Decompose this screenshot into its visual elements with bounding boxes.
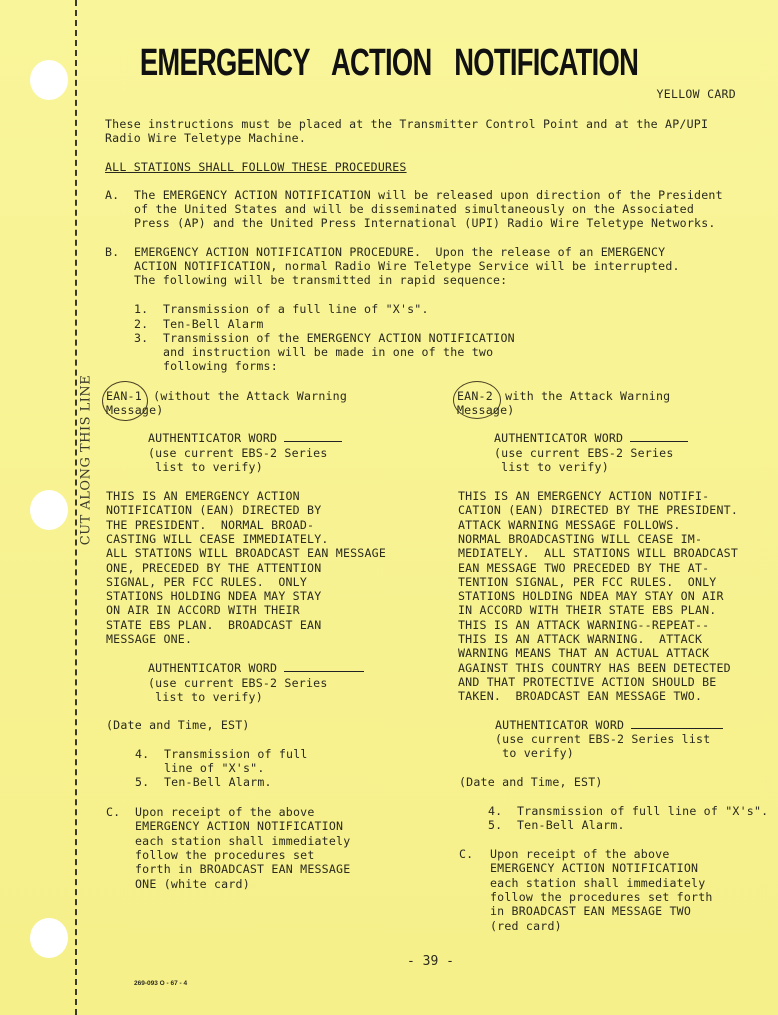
step-text: Ten-Bell Alarm. bbox=[164, 775, 272, 789]
ean2-message-line: MEDIATELY. ALL STATIONS WILL BROADCAST bbox=[458, 546, 738, 560]
ean2-section-c-marker: C. bbox=[459, 847, 473, 861]
ean2-auth2-note: (use current EBS-2 Series list bbox=[495, 732, 710, 746]
ean1-auth2-note: list to verify) bbox=[148, 690, 263, 704]
step-number: 4. bbox=[488, 804, 502, 818]
ean2-message-line: AGAINST THIS COUNTRY HAS BEEN DETECTED bbox=[458, 661, 731, 675]
ean1-section-c-line: follow the procedures set bbox=[135, 848, 315, 862]
auth-word-blank bbox=[284, 431, 342, 442]
ean1-message-line: THIS IS AN EMERGENCY ACTION bbox=[106, 489, 300, 503]
ean2-date-time: (Date and Time, EST) bbox=[459, 775, 603, 789]
ean2-message-line: THIS IS AN ATTACK WARNING. ATTACK bbox=[458, 632, 702, 646]
ean2-message-line: ATTACK WARNING MESSAGE FOLLOWS. bbox=[458, 518, 681, 532]
ean2-message-line: WARNING MEANS THAT AN ACTUAL ATTACK bbox=[458, 646, 709, 660]
ean2-section-c-line: EMERGENCY ACTION NOTIFICATION bbox=[490, 861, 698, 875]
ean2-message-line: EAN MESSAGE TWO PRECEDED BY THE AT- bbox=[458, 561, 709, 575]
print-code: 269-093 O - 67 - 4 bbox=[134, 980, 187, 987]
ean2-message-line: CATION (EAN) DIRECTED BY THE PRESIDENT. bbox=[458, 503, 738, 517]
ean2-message-line: AND THAT PROTECTIVE ACTION SHOULD BE bbox=[458, 675, 716, 689]
ean1-auth-note: (use current EBS-2 Series bbox=[148, 446, 328, 460]
auth-word-label: AUTHENTICATOR WORD bbox=[148, 431, 277, 445]
card-label: YELLOW CARD bbox=[657, 87, 736, 101]
ean2-auth2-label: AUTHENTICATOR WORD bbox=[495, 718, 723, 732]
ean2-message-line: TAKEN. BROADCAST EAN MESSAGE TWO. bbox=[458, 689, 702, 703]
auth-word-blank bbox=[284, 661, 364, 672]
ean2-message-line: NORMAL BROADCASTING WILL CEASE IM- bbox=[458, 532, 702, 546]
step-text: Transmission of full line of "X's". bbox=[517, 804, 768, 818]
ean1-section-c-marker: C. bbox=[106, 805, 120, 819]
ean2-auth-note: list to verify) bbox=[494, 460, 609, 474]
cut-line-label: CUT ALONG THIS LINE bbox=[79, 375, 94, 546]
section-a-line: The EMERGENCY ACTION NOTIFICATION will b… bbox=[134, 188, 723, 202]
auth-word-label: AUTHENTICATOR WORD bbox=[148, 661, 277, 675]
step-text: and instruction will be made in one of t… bbox=[163, 345, 493, 359]
ean2-message-line: THIS IS AN EMERGENCY ACTION NOTIFI- bbox=[458, 489, 709, 503]
punch-hole bbox=[30, 490, 68, 530]
page-number: - 39 - bbox=[407, 954, 454, 969]
auth-word-label: AUTHENTICATOR WORD bbox=[495, 718, 624, 732]
ean2-tag: EAN-2 bbox=[457, 389, 493, 403]
step-number: 4. bbox=[135, 747, 149, 761]
ean1-message-line: ALL STATIONS WILL BROADCAST EAN MESSAGE bbox=[106, 546, 386, 560]
ean1-message-line: SIGNAL, PER FCC RULES. ONLY bbox=[106, 575, 307, 589]
ean2-message-line: THIS IS AN ATTACK WARNING--REPEAT-- bbox=[458, 618, 709, 632]
ean2-section-c-line: Upon receipt of the above bbox=[490, 847, 670, 861]
auth-word-blank bbox=[631, 718, 723, 729]
step-number: 1. bbox=[134, 302, 148, 316]
punch-hole bbox=[30, 60, 68, 100]
ean2-message-line: STATIONS HOLDING NDEA MAY STAY ON AIR bbox=[458, 589, 724, 603]
ean2-section-c-line: (red card) bbox=[490, 919, 562, 933]
section-b-line: ACTION NOTIFICATION, normal Radio Wire T… bbox=[134, 259, 680, 273]
step-text: Transmission of the EMERGENCY ACTION NOT… bbox=[163, 331, 515, 345]
ean1-heading: (without the Attack Warning bbox=[146, 389, 347, 403]
ean2-auth-label: AUTHENTICATOR WORD bbox=[494, 431, 688, 445]
procedures-heading: ALL STATIONS SHALL FOLLOW THESE PROCEDUR… bbox=[105, 160, 407, 174]
ean1-message-line: STATE EBS PLAN. BROADCAST EAN bbox=[106, 618, 321, 632]
auth-word-blank bbox=[630, 431, 688, 442]
intro-line: These instructions must be placed at the… bbox=[105, 117, 708, 131]
auth-word-label: AUTHENTICATOR WORD bbox=[494, 431, 623, 445]
step-number: 5. bbox=[135, 775, 149, 789]
ean1-auth-note: list to verify) bbox=[148, 460, 263, 474]
step-text: Transmission of a full line of "X's". bbox=[163, 302, 429, 316]
ean1-auth2-label: AUTHENTICATOR WORD bbox=[148, 661, 364, 675]
section-b-line: The following will be transmitted in rap… bbox=[134, 273, 507, 287]
ean1-message-line: THE PRESIDENT. NORMAL BROAD- bbox=[106, 518, 314, 532]
step-number: 2. bbox=[134, 317, 148, 331]
ean2-auth2-note: to verify) bbox=[495, 746, 574, 760]
step-text: following forms: bbox=[163, 359, 278, 373]
intro-line: Radio Wire Teletype Machine. bbox=[105, 131, 306, 145]
section-a-marker: A. bbox=[105, 188, 119, 202]
step-number: 5. bbox=[488, 818, 502, 832]
ean2-message-line: IN ACCORD WITH THEIR STATE EBS PLAN. bbox=[458, 603, 716, 617]
ean1-message-line: ON AIR IN ACCORD WITH THEIR bbox=[106, 603, 300, 617]
ean1-section-c-line: Upon receipt of the above bbox=[135, 805, 315, 819]
ean1-auth-label: AUTHENTICATOR WORD bbox=[148, 431, 342, 445]
ean2-section-c-line: follow the procedures set forth bbox=[490, 890, 713, 904]
document-title: EMERGENCY ACTION NOTIFICATION bbox=[109, 42, 669, 85]
ean1-tag: EAN-1 bbox=[106, 389, 142, 403]
step-text: Ten-Bell Alarm. bbox=[517, 818, 625, 832]
step-number: 3. bbox=[134, 331, 148, 345]
ean1-section-c-line: ONE (white card) bbox=[135, 877, 250, 891]
step-text: Transmission of full bbox=[164, 747, 308, 761]
ean2-section-c-line: in BROADCAST EAN MESSAGE TWO bbox=[490, 904, 691, 918]
section-a-line: of the United States and will be dissemi… bbox=[134, 202, 694, 216]
ean2-section-c-line: each station shall immediately bbox=[490, 876, 705, 890]
step-text: Ten-Bell Alarm bbox=[163, 317, 264, 331]
section-b-line: EMERGENCY ACTION NOTIFICATION PROCEDURE.… bbox=[134, 245, 665, 259]
ean1-message-line: ONE, PRECEDED BY THE ATTENTION bbox=[106, 561, 321, 575]
ean1-heading: Message) bbox=[106, 403, 163, 417]
ean1-section-c-line: each station shall immediately bbox=[135, 834, 350, 848]
cut-line bbox=[75, 0, 77, 1015]
ean2-auth-note: (use current EBS-2 Series bbox=[494, 446, 674, 460]
ean1-message-line: STATIONS HOLDING NDEA MAY STAY bbox=[106, 589, 321, 603]
ean1-section-c-line: forth in BROADCAST EAN MESSAGE bbox=[135, 862, 350, 876]
ean1-message-line: MESSAGE ONE. bbox=[106, 632, 192, 646]
ean1-section-c-line: EMERGENCY ACTION NOTIFICATION bbox=[135, 819, 343, 833]
step-text: line of "X's". bbox=[164, 761, 265, 775]
ean1-message-line: CASTING WILL CEASE IMMEDIATELY. bbox=[106, 532, 329, 546]
ean2-message-line: TENTION SIGNAL, PER FCC RULES. ONLY bbox=[458, 575, 716, 589]
section-a-line: Press (AP) and the United Press Internat… bbox=[134, 216, 716, 230]
ean1-auth2-note: (use current EBS-2 Series bbox=[148, 676, 328, 690]
ean1-message-line: NOTIFICATION (EAN) DIRECTED BY bbox=[106, 503, 321, 517]
section-b-marker: B. bbox=[105, 245, 119, 259]
ean1-date-time: (Date and Time, EST) bbox=[106, 718, 250, 732]
punch-hole bbox=[30, 918, 68, 958]
ean2-heading: with the Attack Warning bbox=[498, 389, 670, 403]
ean2-heading: Message) bbox=[457, 403, 514, 417]
